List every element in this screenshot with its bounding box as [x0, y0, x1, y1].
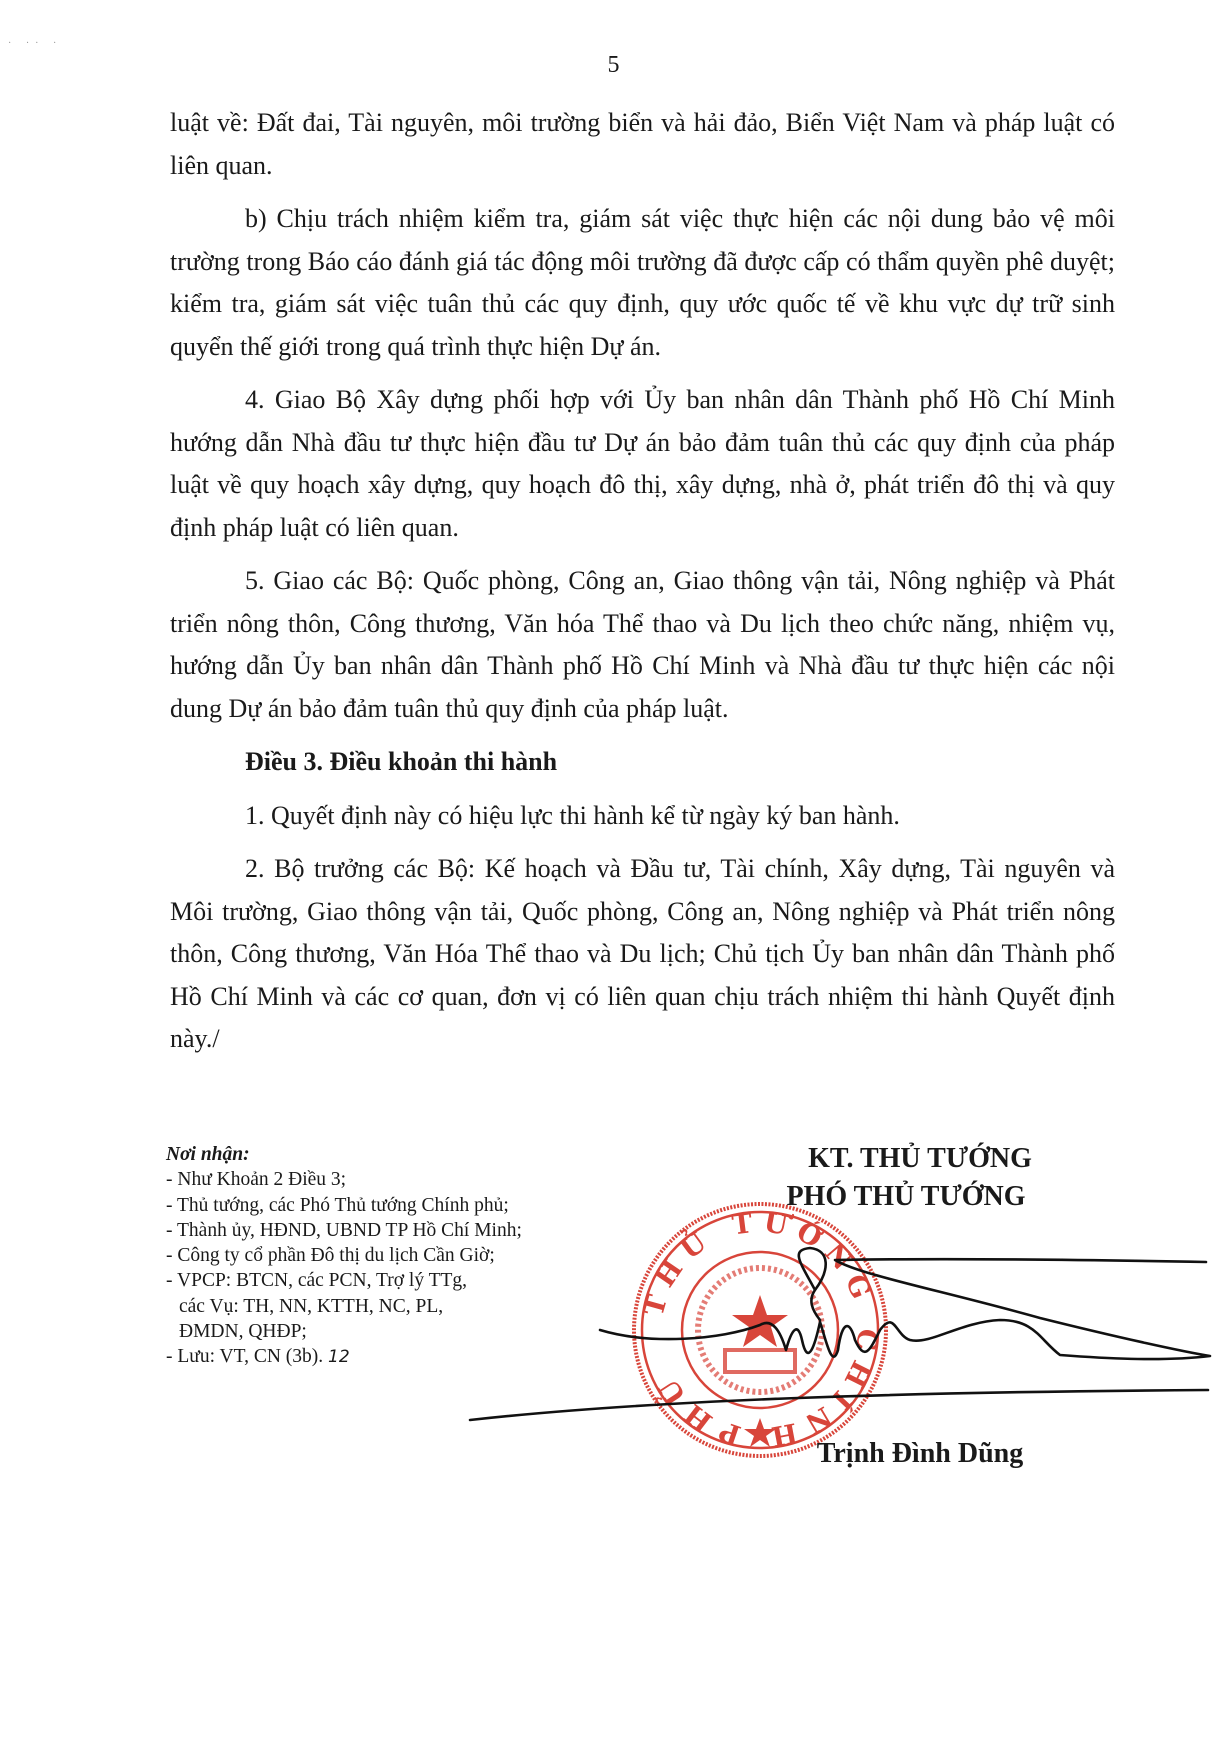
signer-name: Trịnh Đình Dũng [780, 1438, 1060, 1470]
recipients-block: Nơi nhận: - Như Khoản 2 Điều 3; - Thủ tư… [166, 1142, 606, 1371]
article-3-clause-2: 2. Bộ trưởng các Bộ: Kế hoạch và Đầu tư,… [170, 848, 1115, 1061]
archive-line: - Lưu: VT, CN (3b). 12 [166, 1344, 606, 1370]
official-seal-icon: THỦ TƯỚNG CHÍNH PHỦ [630, 1200, 890, 1460]
recipient-sub-item: các Vụ: TH, NN, KTTH, NC, PL, [166, 1294, 606, 1319]
paragraph-continuation: luật về: Đất đai, Tài nguyên, môi trường… [170, 102, 1115, 187]
article-3-heading: Điều 3. Điều khoản thi hành [170, 741, 1115, 784]
signer-title-line1: KT. THỦ TƯỚNG [780, 1140, 1060, 1178]
document-body: luật về: Đất đai, Tài nguyên, môi trường… [170, 102, 1115, 1072]
recipient-item: - Thủ tướng, các Phó Thủ tướng Chính phủ… [166, 1193, 606, 1218]
paragraph-5: 5. Giao các Bộ: Quốc phòng, Công an, Gia… [170, 560, 1115, 730]
scan-artifact: · ·· · [8, 38, 62, 49]
recipient-item: - VPCP: BTCN, các PCN, Trợ lý TTg, [166, 1268, 606, 1293]
archive-text: - Lưu: VT, CN (3b). [166, 1346, 323, 1367]
recipients-title: Nơi nhận: [166, 1142, 606, 1167]
paragraph-3b: b) Chịu trách nhiệm kiểm tra, giám sát v… [170, 198, 1115, 368]
recipient-sub-item: ĐMDN, QHĐP; [166, 1319, 606, 1344]
recipient-item: - Thành ủy, HĐND, UBND TP Hồ Chí Minh; [166, 1218, 606, 1243]
recipient-item: - Công ty cổ phần Đô thị du lịch Cần Giờ… [166, 1243, 606, 1268]
handwritten-note: 12 [328, 1347, 350, 1367]
page-number: 5 [0, 52, 1227, 79]
recipient-item: - Như Khoản 2 Điều 3; [166, 1167, 606, 1192]
paragraph-4: 4. Giao Bộ Xây dựng phối hợp với Ủy ban … [170, 379, 1115, 549]
article-3-clause-1: 1. Quyết định này có hiệu lực thi hành k… [170, 795, 1115, 838]
